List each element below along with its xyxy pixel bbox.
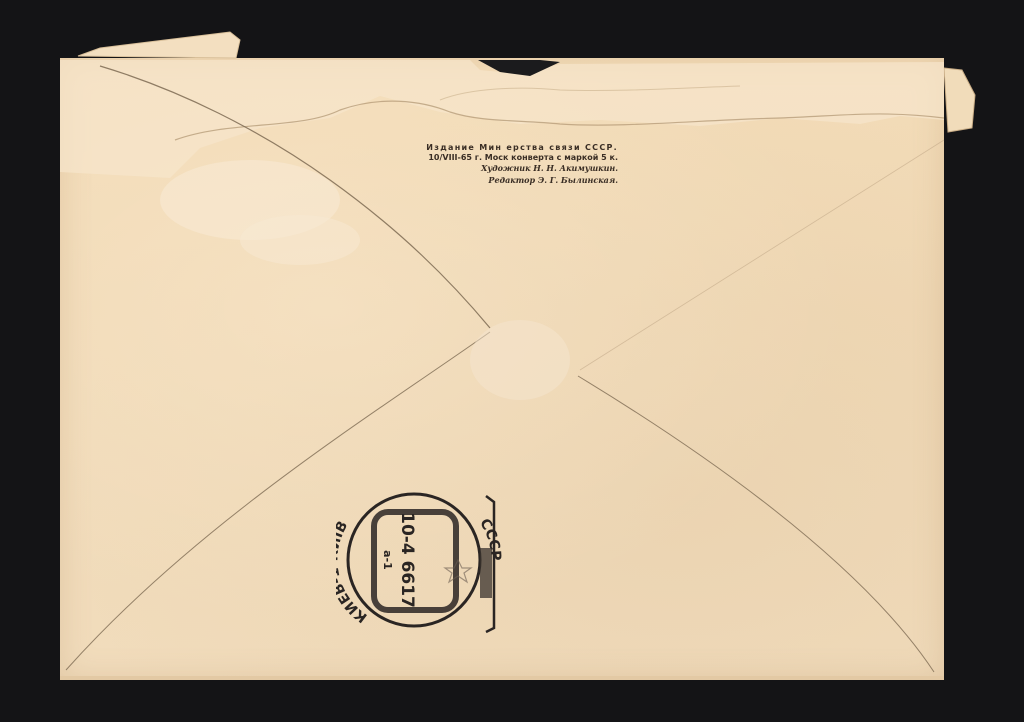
imprint-artist: Художник Н. Н. Акимушкин. (368, 164, 618, 174)
imprint-line-1: Издание Мин ерства связи СССР. (368, 143, 618, 153)
postmark: КИЕВ-1-КИЇВ СССР 10-4 6617 а-1 (336, 488, 506, 638)
imprint-editor: Редактор Э. Г. Былинская. (368, 176, 618, 186)
postmark-index: а-1 (381, 550, 394, 570)
envelope-folds (0, 0, 1024, 722)
postmark-date: 10-4 6617 (397, 512, 417, 608)
imprint-line-2: 10/VIII-65 г. Моск конверта с маркой 5 к… (368, 153, 618, 163)
publisher-imprint: Издание Мин ерства связи СССР. 10/VIII-6… (368, 143, 618, 185)
envelope-photo: Издание Мин ерства связи СССР. 10/VIII-6… (0, 0, 1024, 722)
